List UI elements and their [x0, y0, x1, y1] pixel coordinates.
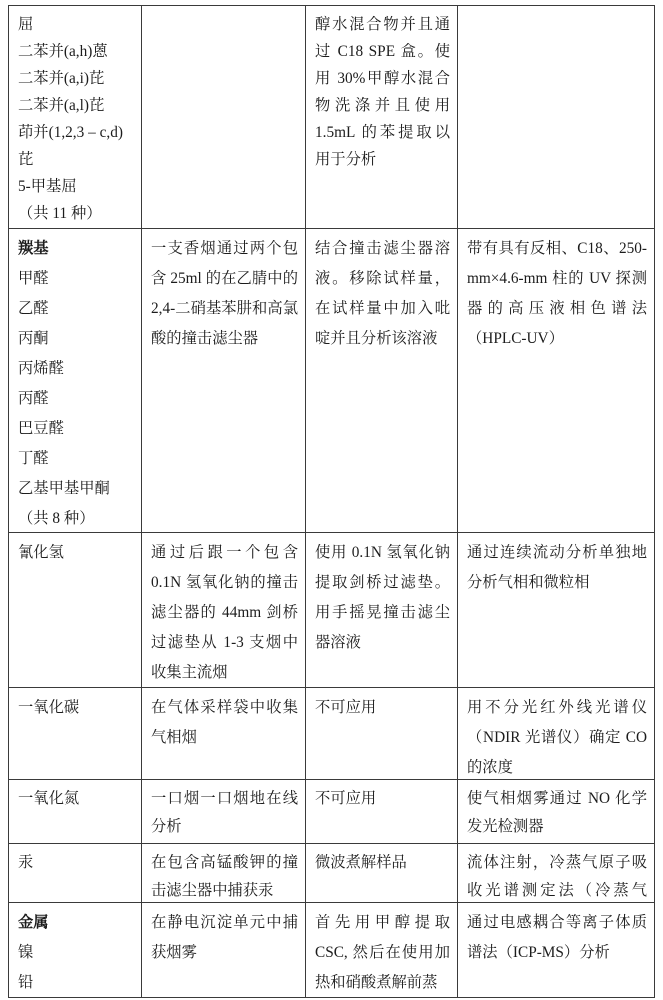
analyte-list: 汞: [18, 849, 134, 877]
analysis-cell: 通过电感耦合等离子体质谱法（ICP-MS）分析: [458, 903, 654, 997]
analyte-cell: 氰化氢: [9, 533, 142, 687]
preparation-cell: 醇水混合物并且通过 C18 SPE 盒。使用 30%甲醇水混合物洗涤并且使用 1…: [306, 6, 458, 228]
table-row: 一氧化氮 一口烟一口烟地在线分析 不可应用 使气相烟雾通过 NO 化学发光检测器: [9, 780, 654, 844]
analysis-cell: 使气相烟雾通过 NO 化学发光检测器: [458, 780, 654, 843]
table-row: 金属 镍 铅 在静电沉淀单元中捕获烟雾 首先用甲醇提取 CSC, 然后在使用加热…: [9, 903, 654, 997]
collection-cell: 在静电沉淀单元中捕获烟雾: [142, 903, 306, 997]
analysis-cell: [458, 6, 654, 228]
table-row: 羰基 甲醛 乙醛 丙酮 丙烯醛 丙醛 巴豆醛 丁醛 乙基甲基甲酮 （共 8 种）…: [9, 229, 654, 533]
preparation-cell: 微波煮解样品: [306, 844, 458, 902]
table-row: 屈 二苯并(a,h)蒽 二苯并(a,i)芘 二苯并(a,l)芘 茚并(1,2,3…: [9, 6, 654, 229]
collection-cell: 在气体采样袋中收集气相烟: [142, 688, 306, 779]
preparation-cell: 不可应用: [306, 688, 458, 779]
preparation-cell: 不可应用: [306, 780, 458, 843]
analyte-cell: 一氧化氮: [9, 780, 142, 843]
analyte-list: 镍 铅: [18, 938, 134, 997]
collection-cell: 一口烟一口烟地在线分析: [142, 780, 306, 843]
analysis-cell: 用不分光红外线光谱仪（NDIR 光谱仪）确定 CO 的浓度: [458, 688, 654, 779]
collection-cell: 通过后跟一个包含 0.1N 氢氧化钠的撞击滤尘器的 44mm 剑桥过滤垫从 1-…: [142, 533, 306, 687]
collection-cell: 在包含高锰酸钾的撞击滤尘器中捕获汞: [142, 844, 306, 902]
preparation-cell: 使用 0.1N 氢氧化钠提取剑桥过滤垫。用手摇晃撞击滤尘器溶液: [306, 533, 458, 687]
analysis-cell: 带有具有反相、C18、250-mm×4.6-mm 柱的 UV 探测器的高压液相色…: [458, 229, 654, 532]
collection-cell: [142, 6, 306, 228]
preparation-cell: 结合撞击滤尘器溶液。移除试样量，在试样量中加入吡啶并且分析该溶液: [306, 229, 458, 532]
table-row: 氰化氢 通过后跟一个包含 0.1N 氢氧化钠的撞击滤尘器的 44mm 剑桥过滤垫…: [9, 533, 654, 688]
preparation-cell: 首先用甲醇提取 CSC, 然后在使用加热和硝酸煮解前蒸: [306, 903, 458, 997]
analyte-cell: 一氧化碳: [9, 688, 142, 779]
document-page: 屈 二苯并(a,h)蒽 二苯并(a,i)芘 二苯并(a,l)芘 茚并(1,2,3…: [0, 0, 663, 1000]
analyte-cell: 汞: [9, 844, 142, 902]
table-row: 一氧化碳 在气体采样袋中收集气相烟 不可应用 用不分光红外线光谱仪（NDIR 光…: [9, 688, 654, 780]
analysis-cell: 流体注射，冷蒸气原子吸收光谱测定法（冷蒸气 AA）: [458, 844, 654, 902]
analyte-cell: 羰基 甲醛 乙醛 丙酮 丙烯醛 丙醛 巴豆醛 丁醛 乙基甲基甲酮 （共 8 种）: [9, 229, 142, 532]
analyte-cell: 金属 镍 铅: [9, 903, 142, 997]
analyte-list: 屈 二苯并(a,h)蒽 二苯并(a,i)芘 二苯并(a,l)芘 茚并(1,2,3…: [18, 11, 134, 227]
collection-cell: 一支香烟通过两个包含 25ml 的在乙腈中的 2,4-二硝基苯肼和高氯酸的撞击滤…: [142, 229, 306, 532]
analytes-table: 屈 二苯并(a,h)蒽 二苯并(a,i)芘 二苯并(a,l)芘 茚并(1,2,3…: [8, 5, 655, 998]
analyte-list: 甲醛 乙醛 丙酮 丙烯醛 丙醛 巴豆醛 丁醛 乙基甲基甲酮 （共 8 种）: [18, 264, 134, 532]
analyte-list: 氰化氢: [18, 538, 134, 568]
analysis-cell: 通过连续流动分析单独地分析气相和微粒相: [458, 533, 654, 687]
analyte-list: 一氧化碳: [18, 693, 134, 723]
table-row: 汞 在包含高锰酸钾的撞击滤尘器中捕获汞 微波煮解样品 流体注射，冷蒸气原子吸收光…: [9, 844, 654, 903]
analyte-list: 一氧化氮: [18, 785, 134, 813]
analyte-category-label: 羰基: [18, 234, 134, 264]
analyte-category-label: 金属: [18, 908, 134, 938]
analyte-cell: 屈 二苯并(a,h)蒽 二苯并(a,i)芘 二苯并(a,l)芘 茚并(1,2,3…: [9, 6, 142, 228]
